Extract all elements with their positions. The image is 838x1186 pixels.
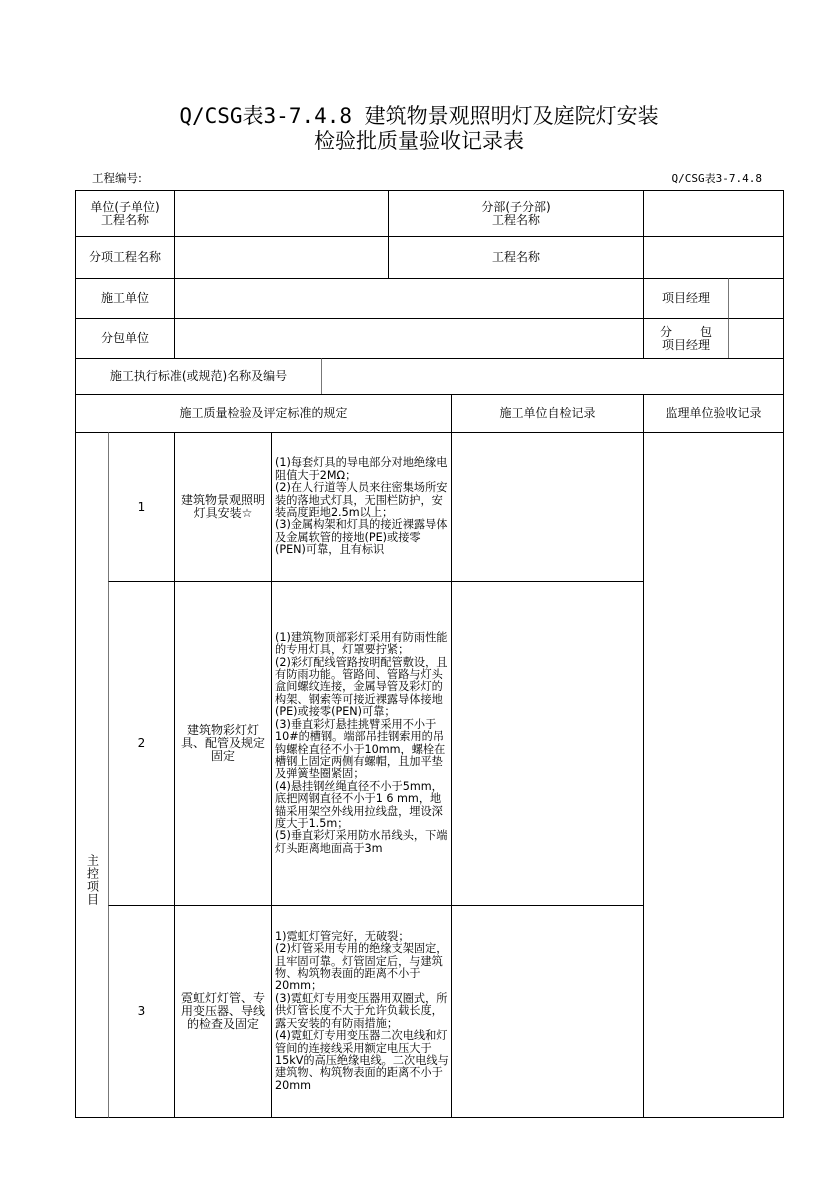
project-name-label: 工程名称 (388, 236, 644, 279)
project-manager-field[interactable] (728, 278, 784, 319)
division-project-field[interactable] (643, 190, 784, 237)
division-project-label: 分部(子分部) 工程名称 (388, 190, 644, 237)
unit-project-label: 单位(子单位) 工程名称 (75, 190, 175, 237)
header-supervision: 监理单位验收记录 (643, 394, 784, 433)
sub-pm-label-b: 包 (700, 326, 712, 339)
standard-label: 施工执行标准(或规范)名称及编号 (75, 358, 322, 395)
project-name-field[interactable] (643, 236, 784, 279)
sub-pm-label-c: 项目经理 (660, 339, 712, 352)
form-title-line1: Q/CSG表3-7.4.8 建筑物景观照明灯及庭院灯安装 (0, 104, 838, 129)
item-self-check-field[interactable] (451, 905, 644, 1118)
sub-project-manager-field[interactable] (728, 318, 784, 359)
item-requirement: (1)每套灯具的导电部分对地绝缘电阻值大于2MΩ； (2)在人行道等人员来往密集… (271, 432, 452, 582)
group-label-text: 主控项目 (86, 854, 99, 906)
item-requirement: 1)霓虹灯管完好，无破裂； (2)灯管采用专用的绝缘支架固定，且牢固可靠。灯管固… (271, 905, 452, 1118)
item-no: 3 (108, 905, 175, 1118)
subcontractor-label: 分包单位 (75, 318, 175, 359)
item-requirement: (1)建筑物顶部彩灯采用有防雨性能的专用灯具，灯罩要拧紧； (2)彩灯配线管路按… (271, 581, 452, 906)
supervision-record-field[interactable] (643, 432, 784, 1118)
standard-field[interactable] (321, 358, 784, 395)
item-name: 建筑物景观照明灯具安装☆ (174, 432, 272, 582)
item-project-field[interactable] (174, 236, 389, 279)
contractor-field[interactable] (174, 278, 644, 319)
project-number-label: 工程编号: (92, 170, 142, 186)
item-no: 2 (108, 581, 175, 906)
item-name: 建筑物彩灯灯具、配管及规定固定 (174, 581, 272, 906)
item-no: 1 (108, 432, 175, 582)
header-standard: 施工质量检验及评定标准的规定 (75, 394, 452, 433)
form-title-line2: 检验批质量验收记录表 (0, 129, 838, 154)
header-self-check: 施工单位自检记录 (451, 394, 644, 433)
project-manager-label: 项目经理 (643, 278, 729, 319)
form-code: Q/CSG表3-7.4.8 (672, 170, 762, 186)
item-self-check-field[interactable] (451, 581, 644, 906)
unit-project-field[interactable] (174, 190, 389, 237)
item-name: 霓虹灯灯管、专用变压器、导线的检查及固定 (174, 905, 272, 1118)
subcontractor-field[interactable] (174, 318, 644, 359)
contractor-label: 施工单位 (75, 278, 175, 319)
sub-pm-label-a: 分 (660, 326, 672, 339)
item-self-check-field[interactable] (451, 432, 644, 582)
item-project-label: 分项工程名称 (75, 236, 175, 279)
group-label-main-control: 主控项目 (75, 432, 109, 1118)
sub-project-manager-label: 分包 项目经理 (643, 318, 729, 359)
